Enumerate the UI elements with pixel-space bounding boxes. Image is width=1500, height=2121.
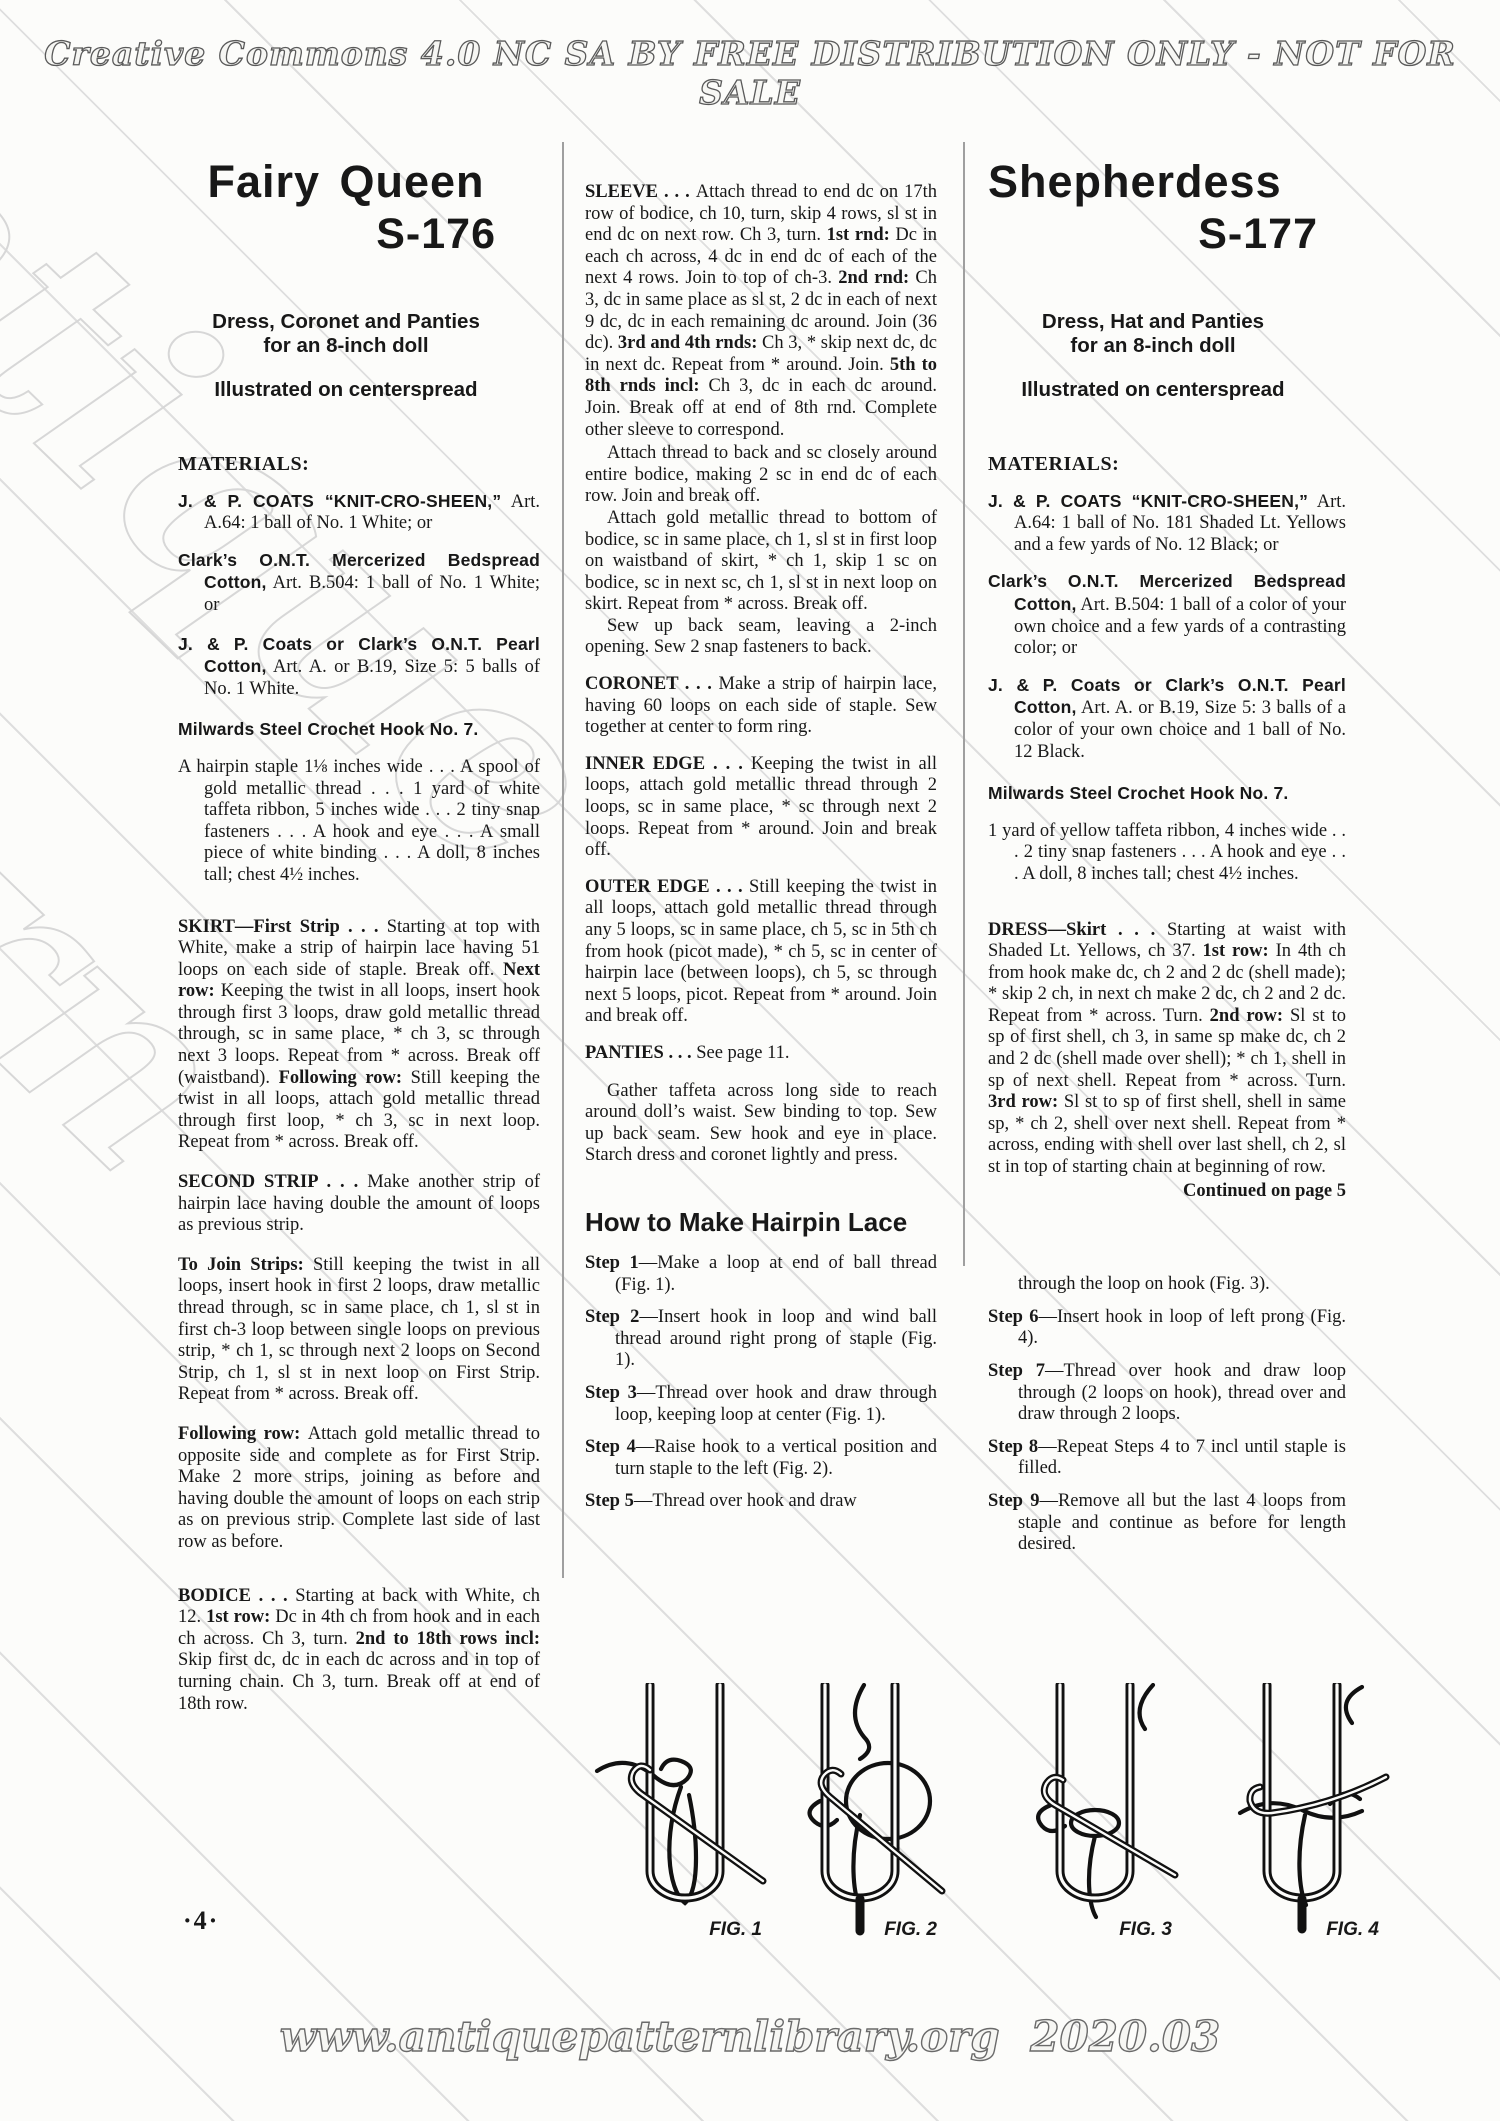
materials-item: Clark’s O.N.T. Mercerized Bedspread Cott…	[988, 571, 1346, 659]
materials-item: J. & P. COATS “KNIT-CRO-SHEEN,” Art. A.6…	[178, 491, 540, 535]
howto-step-5: Step 5—Thread over hook and draw	[585, 1491, 937, 1513]
paragraph-attach-gold: Attach gold metallic thread to bottom of…	[585, 508, 937, 616]
section-to-join-strips: To Join Strips: Still keeping the twist …	[178, 1255, 540, 1406]
page-number: ·4·	[183, 1906, 219, 1936]
pattern-subtitle: Dress, Hat and Panties for an 8-inch dol…	[988, 310, 1318, 358]
subtitle-line: for an 8-inch doll	[196, 334, 496, 358]
footer-url: www.antiquepatternlibrary.org 2020.03	[0, 2012, 1500, 2061]
pattern-header-shepherdess: Shepherdess S-177 Dress, Hat and Panties…	[988, 156, 1318, 402]
scanned-pattern-page: Antique Pattern Library Creative Commons…	[0, 0, 1500, 2121]
materials-item: 1 yard of yellow taffeta ribbon, 4 inche…	[988, 821, 1346, 886]
hairpin-staple-illustration	[1210, 1683, 1395, 1945]
section-second-strip: SECOND STRIP . . . Make another strip of…	[178, 1172, 540, 1237]
pattern-subtitle: Dress, Coronet and Panties for an 8-inch…	[196, 310, 496, 358]
section-following-row: Following row: Attach gold metallic thre…	[178, 1424, 540, 1554]
pattern-header-fairy-queen: Fairy Queen S-176 Dress, Coronet and Pan…	[196, 156, 496, 402]
section-outer-edge: OUTER EDGE . . . Still keeping the twist…	[585, 877, 937, 1028]
howto-step-6: Step 6—Insert hook in loop of left prong…	[988, 1307, 1346, 1350]
watermark-word: Library	[0, 516, 67, 1665]
howto-step-1: Step 1—Make a loop at end of ball thread…	[585, 1253, 937, 1296]
paragraph-gather: Gather taffeta across long side to reach…	[585, 1081, 937, 1167]
column-fairy-queen: Fairy Queen S-176 Dress, Coronet and Pan…	[178, 140, 540, 1715]
materials-item: Milwards Steel Crochet Hook No. 7.	[178, 719, 540, 742]
pattern-title: Fairy Queen	[196, 156, 496, 208]
column-divider-right	[963, 142, 965, 1266]
continued-note: Continued on page 5	[988, 1181, 1346, 1203]
materials-heading: MATERIALS:	[988, 454, 1346, 476]
column-shepherdess: Shepherdess S-177 Dress, Hat and Panties…	[988, 140, 1346, 1556]
figure-label: FIG. 4	[1326, 1919, 1379, 1941]
figure-label: FIG. 3	[1119, 1919, 1172, 1941]
howto-step-7: Step 7—Thread over hook and draw loop th…	[988, 1361, 1346, 1426]
materials-heading: MATERIALS:	[178, 454, 540, 476]
hairpin-lace-figure-4: FIG. 4	[1210, 1683, 1395, 1945]
section-sleeve: SLEEVE . . . Attach thread to end dc on …	[585, 182, 937, 441]
centerspread-note: Illustrated on centerspread	[196, 378, 496, 402]
pattern-number: S-177	[988, 208, 1318, 260]
paragraph-sew-up: Sew up back seam, leaving a 2-inch openi…	[585, 616, 937, 659]
pattern-number: S-176	[196, 208, 496, 260]
materials-item: J. & P. Coats or Clark’s O.N.T. Pearl Co…	[178, 634, 540, 701]
column-divider-left	[562, 142, 564, 1578]
materials-item: Milwards Steel Crochet Hook No. 7.	[988, 783, 1346, 806]
column-middle: SLEEVE . . . Attach thread to end dc on …	[585, 140, 937, 1513]
figure-label: FIG. 2	[884, 1919, 937, 1941]
subtitle-line: for an 8-inch doll	[988, 334, 1318, 358]
materials-item: A hairpin staple 1⅛ inches wide . . . A …	[178, 757, 540, 887]
howto-step-4: Step 4—Raise hook to a vertical position…	[585, 1437, 937, 1480]
figure-label: FIG. 1	[709, 1919, 762, 1941]
paragraph-attach-back: Attach thread to back and sc closely aro…	[585, 443, 937, 508]
howto-step-8: Step 8—Repeat Steps 4 to 7 incl until st…	[988, 1437, 1346, 1480]
materials-item: J. & P. Coats or Clark’s O.N.T. Pearl Co…	[988, 675, 1346, 763]
pattern-title: Shepherdess	[988, 156, 1318, 208]
section-inner-edge: INNER EDGE . . . Keeping the twist in al…	[585, 754, 937, 862]
section-coronet: CORONET . . . Make a strip of hairpin la…	[585, 674, 937, 739]
license-notice: Creative Commons 4.0 NC SA BY FREE DISTR…	[0, 34, 1500, 112]
hairpin-lace-figure-1: FIG. 1	[593, 1683, 778, 1945]
howto-step-3: Step 3—Thread over hook and draw through…	[585, 1383, 937, 1426]
section-panties: PANTIES . . . See page 11.	[585, 1043, 937, 1065]
hairpin-lace-figure-2: FIG. 2	[768, 1683, 953, 1945]
subtitle-line: Dress, Coronet and Panties	[196, 310, 496, 334]
materials-item: J. & P. COATS “KNIT-CRO-SHEEN,” Art. A.6…	[988, 491, 1346, 557]
howto-step-9: Step 9—Remove all but the last 4 loops f…	[988, 1491, 1346, 1556]
howto-heading: How to Make Hairpin Lace	[585, 1207, 937, 1237]
centerspread-note: Illustrated on centerspread	[988, 378, 1318, 402]
materials-item: Clark’s O.N.T. Mercerized Bedspread Cott…	[178, 550, 540, 617]
section-bodice: BODICE . . . Starting at back with White…	[178, 1586, 540, 1716]
hairpin-lace-figure-3: FIG. 3	[1003, 1683, 1188, 1945]
subtitle-line: Dress, Hat and Panties	[988, 310, 1318, 334]
section-dress-skirt: DRESS—Skirt . . . Starting at waist with…	[988, 920, 1346, 1179]
howto-step-2: Step 2—Insert hook in loop and wind ball…	[585, 1307, 937, 1372]
section-skirt: SKIRT—First Strip . . . Starting at top …	[178, 917, 540, 1155]
hairpin-staple-illustration	[768, 1683, 953, 1945]
hairpin-staple-illustration	[1003, 1683, 1188, 1945]
hairpin-staple-illustration	[593, 1683, 778, 1945]
howto-step-5-continuation: through the loop on hook (Fig. 3).	[988, 1274, 1346, 1296]
